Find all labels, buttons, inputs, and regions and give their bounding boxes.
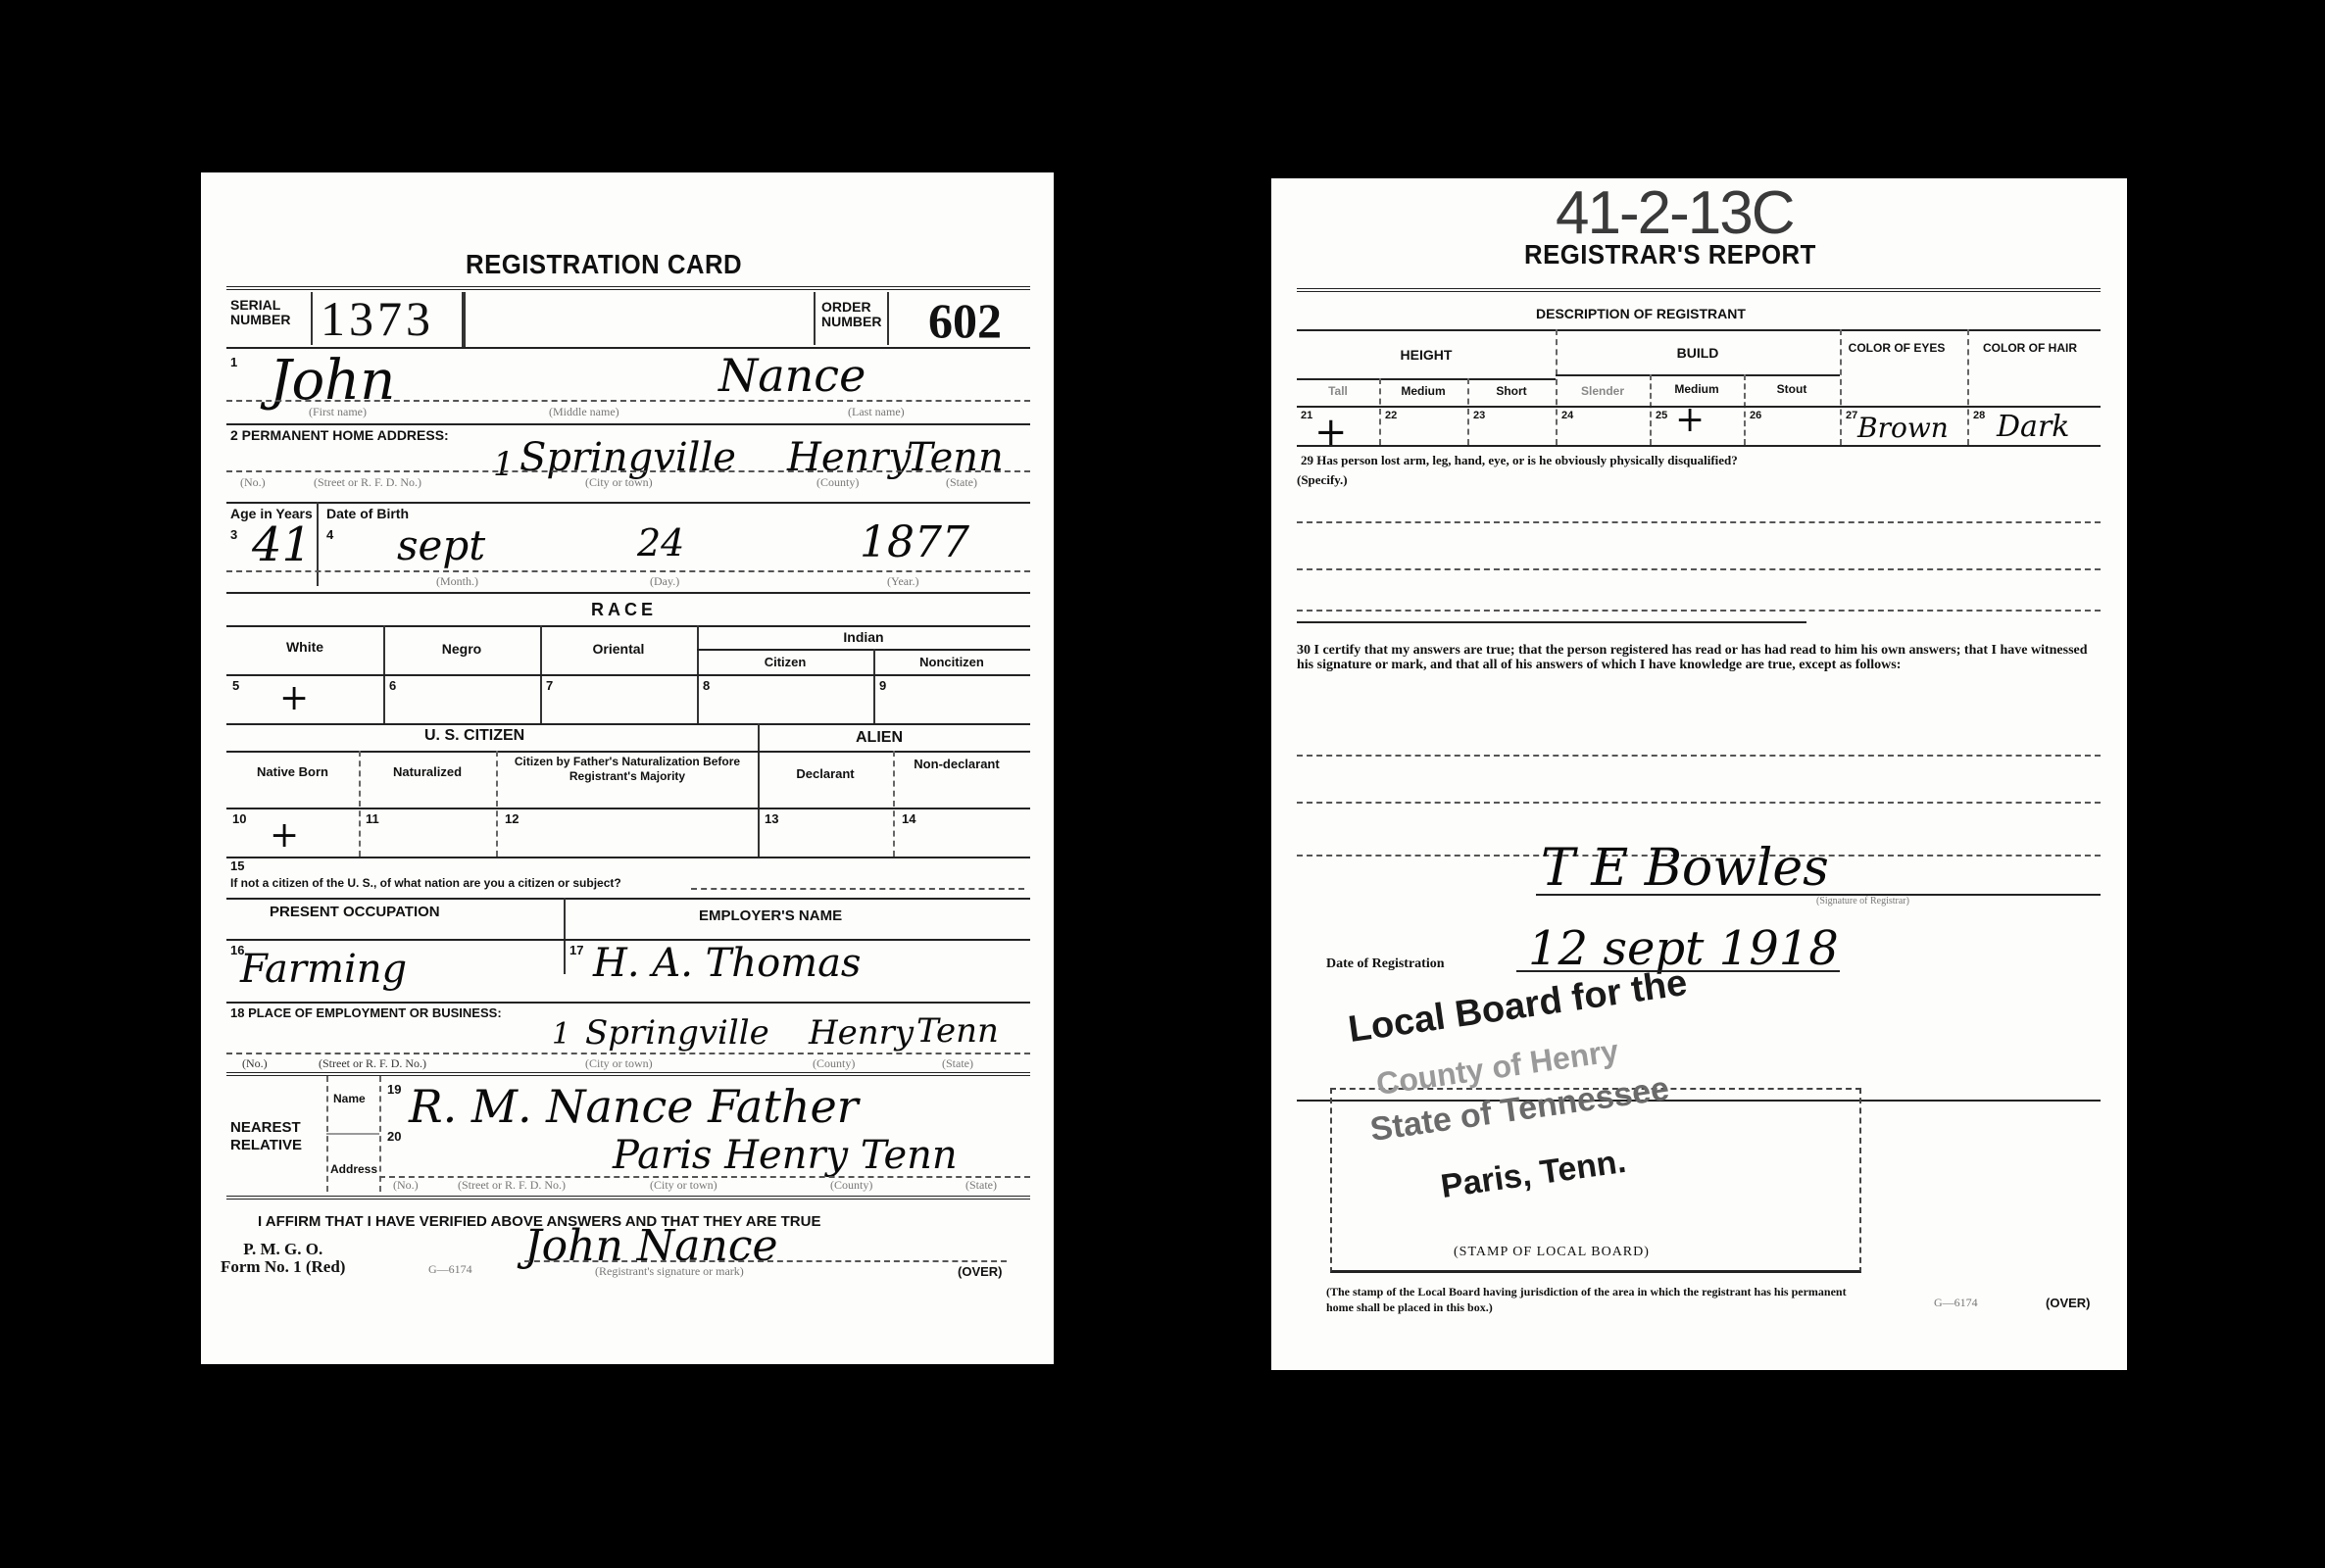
divider — [311, 292, 313, 345]
divider — [226, 857, 1030, 858]
build-medium-mark: + — [1675, 400, 1705, 440]
item-number: 4 — [326, 527, 333, 542]
divider — [893, 751, 895, 857]
item-number: 24 — [1561, 410, 1573, 421]
over-label: (OVER) — [958, 1264, 1003, 1279]
birth-month-value: sept — [397, 521, 485, 569]
alien-col-declarant: Declarant — [758, 766, 893, 781]
caption-day: (Day.) — [650, 574, 679, 589]
home-address-city: Springville — [519, 435, 736, 480]
race-col-oriental: Oriental — [540, 641, 697, 657]
home-address-label: 2 PERMANENT HOME ADDRESS: — [230, 427, 449, 443]
caption-city: (City or town) — [585, 475, 653, 490]
nearest-relative-line2: RELATIVE — [230, 1137, 302, 1154]
item-number: 21 — [1301, 410, 1312, 421]
citizen-col-father: Citizen by Father's Naturalization Befor… — [500, 755, 755, 784]
stamp-number: 41-2-13C — [1556, 178, 1793, 248]
height-medium: Medium — [1379, 384, 1467, 398]
employment-state: Tenn — [916, 1011, 999, 1051]
caption-street: (Street or R. F. D. No.) — [319, 1056, 426, 1071]
date-of-registration-label: Date of Registration — [1326, 956, 1445, 972]
build-medium: Medium — [1650, 382, 1744, 396]
item-number: 15 — [230, 858, 244, 873]
caption-city: (City or town) — [650, 1178, 717, 1193]
stamp-footnote: (The stamp of the Local Board having jur… — [1326, 1284, 1875, 1315]
signature-caption: (Registrant's signature or mark) — [595, 1264, 744, 1279]
nearest-relative-label: NEAREST RELATIVE — [230, 1119, 302, 1154]
item-30-text: I certify that my answers are true; that… — [1297, 643, 2088, 672]
divider — [226, 625, 1030, 627]
stamp-caption: (STAMP OF LOCAL BOARD) — [1454, 1245, 1650, 1260]
caption-county: (County) — [816, 475, 859, 490]
hair-color-header: COLOR OF HAIR — [1981, 341, 2079, 355]
item-number: 11 — [366, 811, 379, 826]
item-number: 13 — [765, 811, 778, 826]
caption-middle-name: (Middle name) — [549, 405, 619, 419]
divider — [326, 1133, 379, 1135]
caption-first-name: (First name) — [309, 405, 367, 419]
caption-no: (No.) — [240, 475, 266, 490]
divider — [564, 898, 566, 974]
occupation-value: Farming — [240, 947, 407, 992]
divider — [317, 502, 319, 586]
item-number: 30 — [1297, 643, 1311, 658]
race-indian-noncitizen: Noncitizen — [873, 655, 1030, 669]
item-number: 23 — [1473, 410, 1485, 421]
item-29-text: Has person lost arm, leg, hand, eye, or … — [1316, 453, 1738, 467]
first-name-value: John — [270, 349, 395, 413]
caption-month: (Month.) — [436, 574, 478, 589]
order-label-line2: NUMBER — [821, 315, 881, 329]
divider — [226, 502, 1030, 504]
age-value: 41 — [252, 517, 312, 572]
item-number: 5 — [232, 678, 239, 693]
item-number: 17 — [569, 943, 583, 957]
build-slender: Slender — [1556, 384, 1650, 398]
report-title: REGISTRAR'S REPORT — [1524, 239, 1816, 270]
build-stout: Stout — [1744, 382, 1840, 396]
divider — [1297, 621, 1806, 623]
item-number: 19 — [387, 1082, 401, 1097]
home-address-no: 1 — [493, 445, 515, 484]
divider — [226, 470, 1030, 472]
alien-col-nondeclarant: Non-declarant — [903, 757, 1011, 771]
caption-no: (No.) — [242, 1056, 268, 1071]
item-number: 28 — [1973, 410, 1985, 421]
description-title: DESCRIPTION OF REGISTRANT — [1536, 306, 1746, 321]
caption-street: (Street or R. F. D. No.) — [314, 475, 421, 490]
divider — [226, 751, 1030, 753]
divider — [1967, 329, 1969, 445]
citizen-col-native: Native Born — [226, 764, 359, 779]
alien-title: ALIEN — [856, 729, 903, 747]
divider — [524, 1260, 1007, 1262]
relative-address-label: Address — [330, 1162, 377, 1176]
divider — [1297, 378, 1556, 380]
divider — [226, 423, 1030, 425]
item-30-certification: 30 I certify that my answers are true; t… — [1297, 643, 2101, 672]
form-id-line2: Form No. 1 (Red) — [221, 1258, 345, 1276]
divider — [691, 888, 1024, 890]
divider — [814, 292, 816, 345]
specify-label: (Specify.) — [1297, 472, 1348, 488]
build-header: BUILD — [1556, 345, 1840, 361]
home-address-state: Tenn — [907, 435, 1004, 480]
order-number-label: ORDER NUMBER — [821, 300, 881, 329]
caption-state: (State) — [946, 475, 977, 490]
birth-day-value: 24 — [637, 521, 684, 564]
card-title: REGISTRATION CARD — [466, 249, 742, 280]
divider — [226, 723, 1030, 725]
divider — [1297, 445, 2101, 447]
item-number: 22 — [1385, 410, 1397, 421]
citizen-col-naturalized: Naturalized — [359, 764, 496, 779]
height-short: Short — [1467, 384, 1556, 398]
divider — [1840, 329, 1842, 445]
hair-color-value: Dark — [1997, 410, 2069, 444]
answer-line — [1297, 802, 2101, 804]
item-number: 27 — [1846, 410, 1857, 421]
divider — [226, 1002, 1030, 1004]
item-number: 26 — [1750, 410, 1761, 421]
caption-no: (No.) — [393, 1178, 419, 1193]
height-tall-mark: + — [1314, 410, 1348, 455]
employer-value: H. A. Thomas — [593, 941, 861, 986]
answer-line — [1297, 610, 2101, 612]
item-number: 12 — [505, 811, 519, 826]
eye-color-header: COLOR OF EYES — [1848, 341, 1946, 355]
item-number: 6 — [389, 678, 396, 693]
employment-county: Henry — [809, 1013, 914, 1053]
relative-name-value: R. M. Nance Father — [409, 1080, 859, 1133]
race-title: RACE — [591, 600, 657, 620]
over-label: (OVER) — [2046, 1296, 2091, 1310]
item-number: 29 — [1301, 453, 1313, 467]
caption-year: (Year.) — [887, 574, 918, 589]
caption-state: (State) — [965, 1178, 997, 1193]
divider — [226, 898, 1030, 900]
registrar-caption: (Signature of Registrar) — [1816, 896, 1909, 906]
divider — [226, 808, 1030, 809]
divider — [1297, 329, 2101, 331]
divider — [887, 292, 889, 345]
item-number: 8 — [703, 678, 710, 693]
item-number: 3 — [230, 527, 237, 542]
form-id: P. M. G. O. Form No. 1 (Red) — [221, 1241, 345, 1276]
item-number: 9 — [879, 678, 886, 693]
occupation-header: PRESENT OCCUPATION — [270, 904, 440, 920]
race-col-indian: Indian — [697, 629, 1030, 645]
race-col-white: White — [226, 639, 383, 655]
serial-number-value: 1373 — [321, 290, 434, 347]
divider — [226, 592, 1030, 594]
relative-name-label: Name — [333, 1092, 366, 1105]
race-white-mark: + — [279, 678, 309, 718]
height-header: HEIGHT — [1297, 347, 1556, 363]
caption-county: (County) — [813, 1056, 855, 1071]
divider — [226, 674, 1030, 676]
item-number: 10 — [232, 811, 246, 826]
registration-card-front: REGISTRATION CARD SERIAL NUMBER 1373 ORD… — [201, 172, 1054, 1364]
divider — [462, 292, 466, 347]
employer-header: EMPLOYER'S NAME — [699, 907, 842, 924]
print-code: G—6174 — [1934, 1296, 1978, 1310]
us-citizen-title: U. S. CITIZEN — [424, 727, 524, 745]
caption-state: (State) — [942, 1056, 973, 1071]
employment-no: 1 — [552, 1017, 570, 1052]
nearest-relative-line1: NEAREST — [230, 1119, 302, 1137]
answer-line — [1297, 568, 2101, 570]
divider — [697, 649, 1030, 651]
date-of-birth-label: Date of Birth — [326, 506, 409, 521]
divider — [1297, 288, 2101, 292]
item-number: 1 — [230, 355, 237, 369]
print-code: G—6174 — [428, 1262, 472, 1277]
divider — [226, 1072, 1030, 1076]
race-indian-citizen: Citizen — [697, 655, 873, 669]
birth-year-value: 1877 — [860, 517, 969, 567]
registrar-signature: T E Bowles — [1541, 839, 1829, 898]
serial-label-line1: SERIAL — [230, 298, 290, 313]
answer-line — [1297, 521, 2101, 523]
caption-city: (City or town) — [585, 1056, 653, 1071]
item-number: 14 — [902, 811, 915, 826]
divider — [758, 723, 760, 857]
caption-street: (Street or R. F. D. No.) — [458, 1178, 566, 1193]
stamp-line-local-board: Local Board for the — [1346, 962, 1690, 1052]
employment-city: Springville — [585, 1013, 769, 1053]
divider — [1556, 374, 1840, 376]
item-15-question: If not a citizen of the U. S., of what n… — [230, 876, 621, 890]
item-number: 20 — [387, 1129, 401, 1144]
caption-county: (County) — [830, 1178, 872, 1193]
eye-color-value: Brown — [1857, 412, 1949, 444]
divider — [226, 1053, 1030, 1054]
height-tall: Tall — [1297, 384, 1379, 398]
divider — [496, 751, 498, 857]
divider — [226, 1196, 1030, 1200]
order-label-line1: ORDER — [821, 300, 881, 315]
registrar-report-back: 41-2-13C REGISTRAR'S REPORT DESCRIPTION … — [1271, 178, 2127, 1370]
item-29-question: 29 Has person lost arm, leg, hand, eye, … — [1301, 453, 1738, 468]
race-col-negro: Negro — [383, 641, 540, 657]
order-number-value: 602 — [928, 292, 1002, 349]
serial-number-label: SERIAL NUMBER — [230, 298, 290, 327]
form-id-line1: P. M. G. O. — [221, 1241, 345, 1258]
native-born-mark: + — [270, 815, 299, 856]
answer-line — [1297, 755, 2101, 757]
caption-last-name: (Last name) — [848, 405, 905, 419]
serial-label-line2: NUMBER — [230, 313, 290, 327]
divider — [226, 570, 1030, 572]
relative-address-value: Paris Henry Tenn — [613, 1133, 958, 1178]
home-address-county: Henry — [787, 435, 911, 480]
divider — [379, 1076, 381, 1192]
last-name-value: Nance — [718, 349, 866, 402]
place-of-employment-label: 18 PLACE OF EMPLOYMENT OR BUSINESS: — [230, 1005, 502, 1020]
item-number: 25 — [1656, 410, 1667, 421]
item-number: 7 — [546, 678, 553, 693]
divider — [226, 400, 1030, 402]
